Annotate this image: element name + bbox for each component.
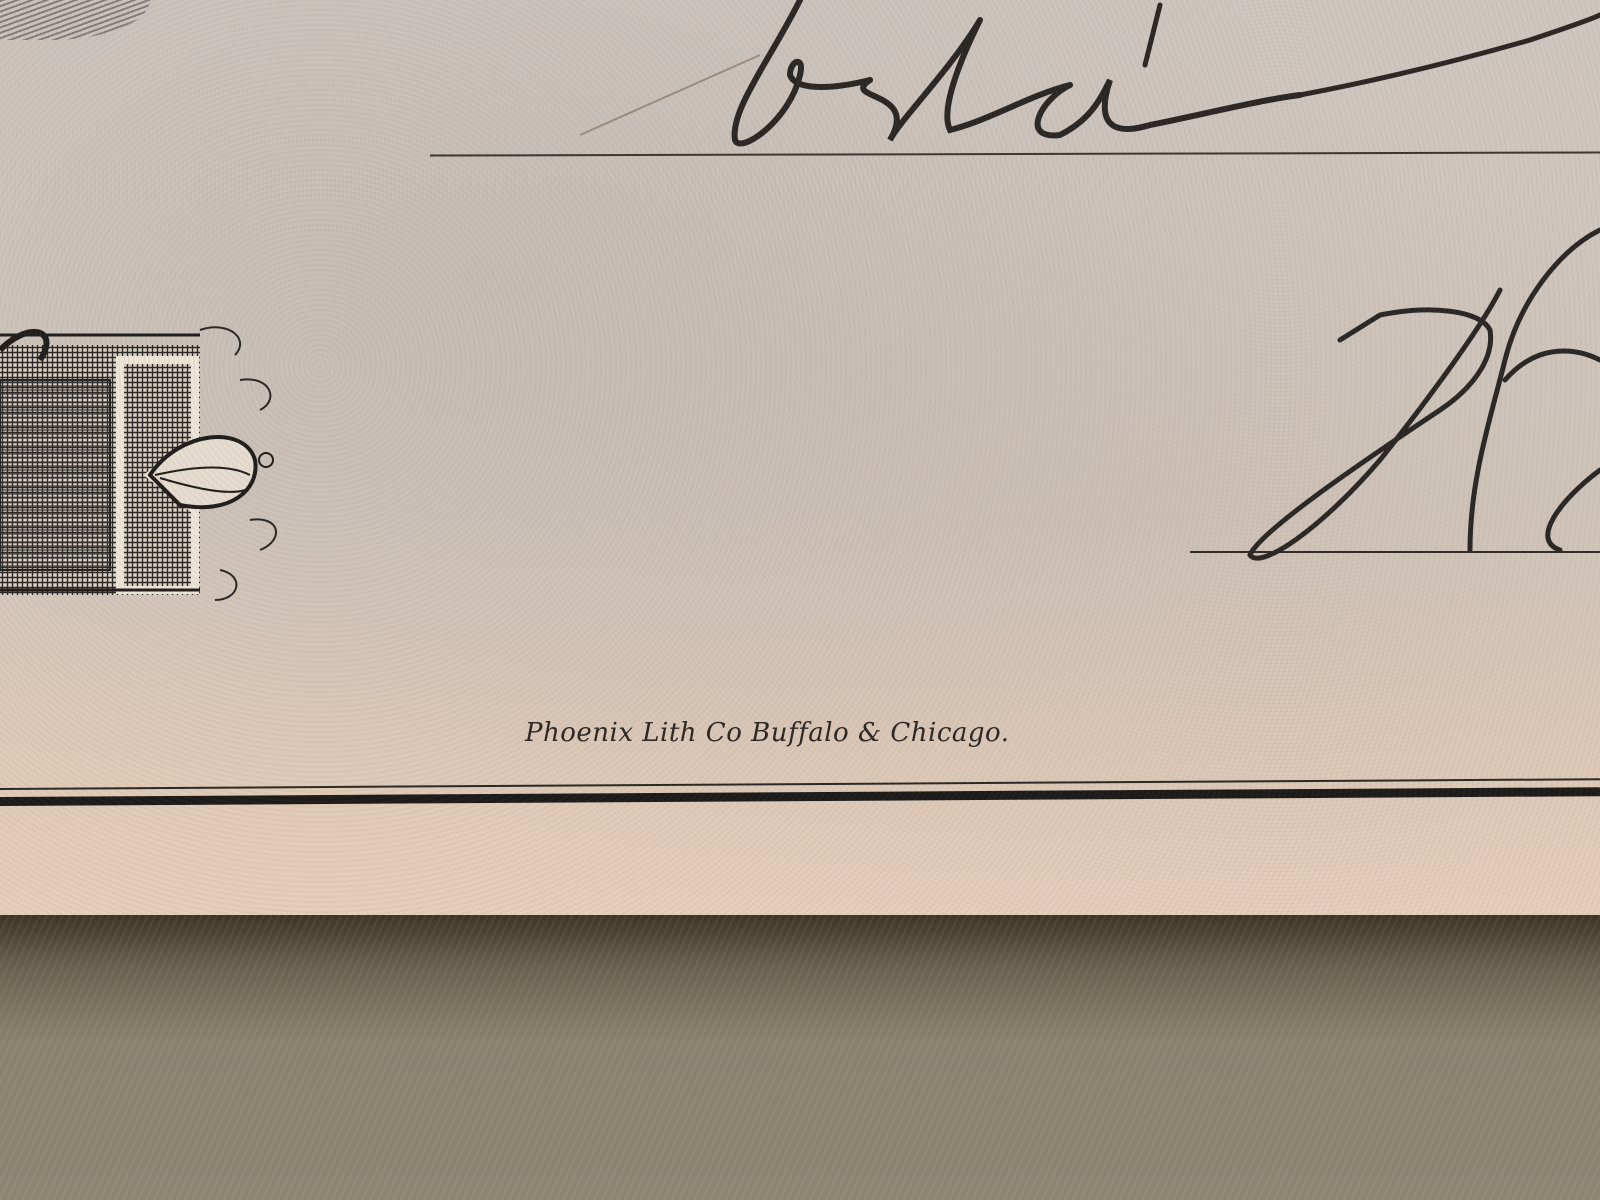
engraved-ornament — [0, 300, 310, 620]
certificate-paper: Phoenix Lith Co Buffalo & Chicago. — [0, 0, 1600, 915]
lithographer-imprint: Phoenix Lith Co Buffalo & Chicago. — [525, 718, 1225, 748]
backing-board — [0, 915, 1600, 1200]
photo-scene: Phoenix Lith Co Buffalo & Chicago. — [0, 0, 1600, 1200]
